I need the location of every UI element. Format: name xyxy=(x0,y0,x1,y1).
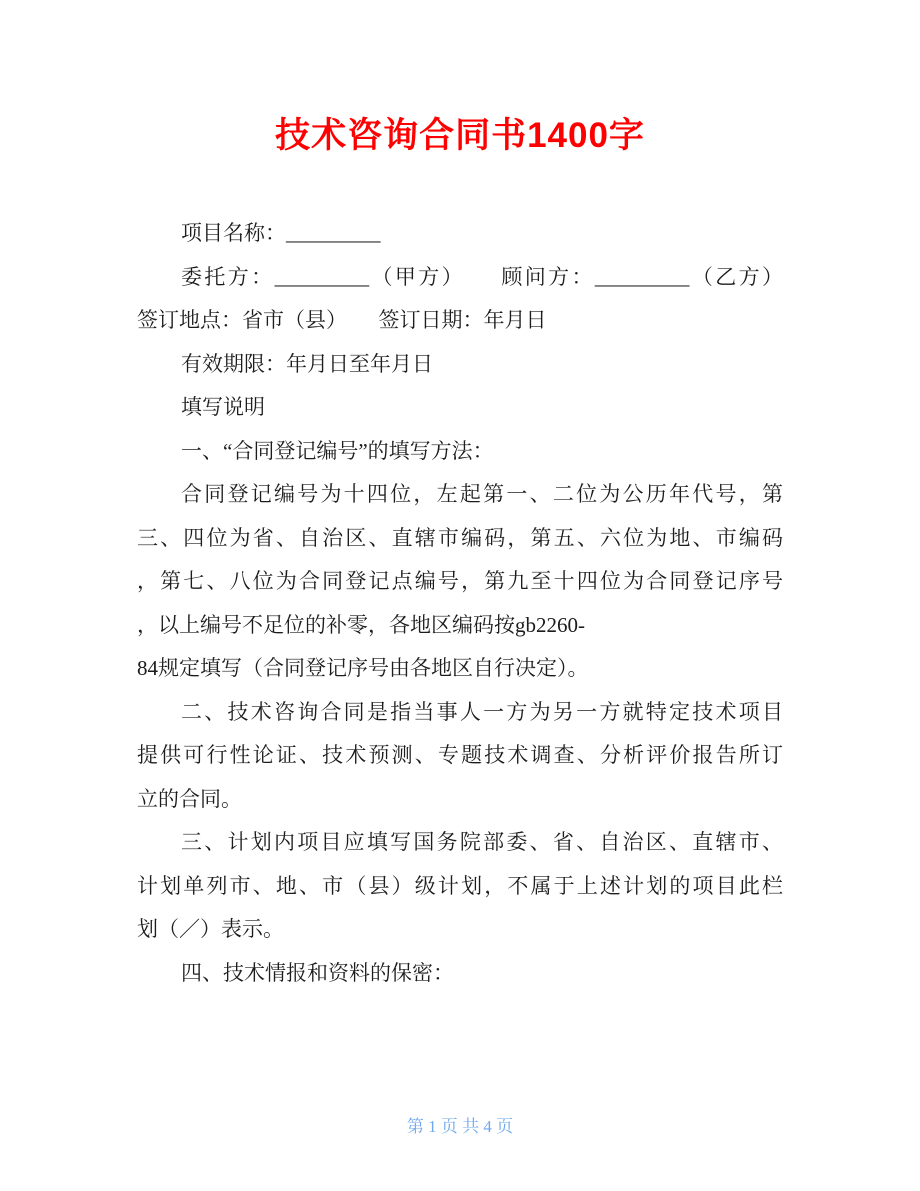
document-body: 项目名称：_________ 委托方：_________（甲方） 顾问方：___… xyxy=(137,212,783,995)
doc-line-project-name: 项目名称：_________ xyxy=(137,212,783,256)
doc-line-item1-body-3: ，第七、八位为合同登记点编号，第九至十四位为合同登记序号 xyxy=(137,560,783,604)
doc-line-item1-body-5: 84规定填写（合同登记序号由各地区自行决定）。 xyxy=(137,647,783,691)
document-page: 技术咨询合同书1400字 项目名称：_________ 委托方：________… xyxy=(0,0,920,1191)
doc-line-item2-body-2: 提供可行性论证、技术预测、专题技术调查、分析评价报告所订 xyxy=(137,734,783,778)
doc-line-item1-body-2: 三、四位为省、自治区、直辖市编码，第五、六位为地、市编码 xyxy=(137,517,783,561)
doc-line-parties: 委托方：_________（甲方） 顾问方：_________（乙方） xyxy=(137,256,783,300)
doc-line-item3-body-2: 计划单列市、地、市（县）级计划，不属于上述计划的项目此栏 xyxy=(137,865,783,909)
doc-line-item3-body-1: 三、计划内项目应填写国务院部委、省、自治区、直辖市、 xyxy=(137,821,783,865)
page-footer: 第 1 页 共 4 页 xyxy=(0,1112,920,1137)
doc-line-sign-place-date: 签订地点：省市（县） 签订日期：年月日 xyxy=(137,299,783,343)
doc-line-validity: 有效期限：年月日至年月日 xyxy=(137,343,783,387)
doc-line-item1-heading: 一、“合同登记编号”的填写方法： xyxy=(137,430,783,474)
doc-line-item4-heading: 四、技术情报和资料的保密： xyxy=(137,952,783,996)
doc-line-item3-body-3: 划（／）表示。 xyxy=(137,908,783,952)
doc-line-item1-body-4: ，以上编号不足位的补零，各地区编码按gb2260- xyxy=(137,604,783,648)
doc-line-item2-body-3: 立的合同。 xyxy=(137,778,783,822)
document-title: 技术咨询合同书1400字 xyxy=(0,108,920,158)
page-number-text: 第 1 页 共 4 页 xyxy=(407,1117,513,1136)
doc-line-item2-body-1: 二、技术咨询合同是指当事人一方为另一方就特定技术项目 xyxy=(137,691,783,735)
doc-line-fill-instructions: 填写说明 xyxy=(137,386,783,430)
doc-line-item1-body-1: 合同登记编号为十四位，左起第一、二位为公历年代号，第 xyxy=(137,473,783,517)
